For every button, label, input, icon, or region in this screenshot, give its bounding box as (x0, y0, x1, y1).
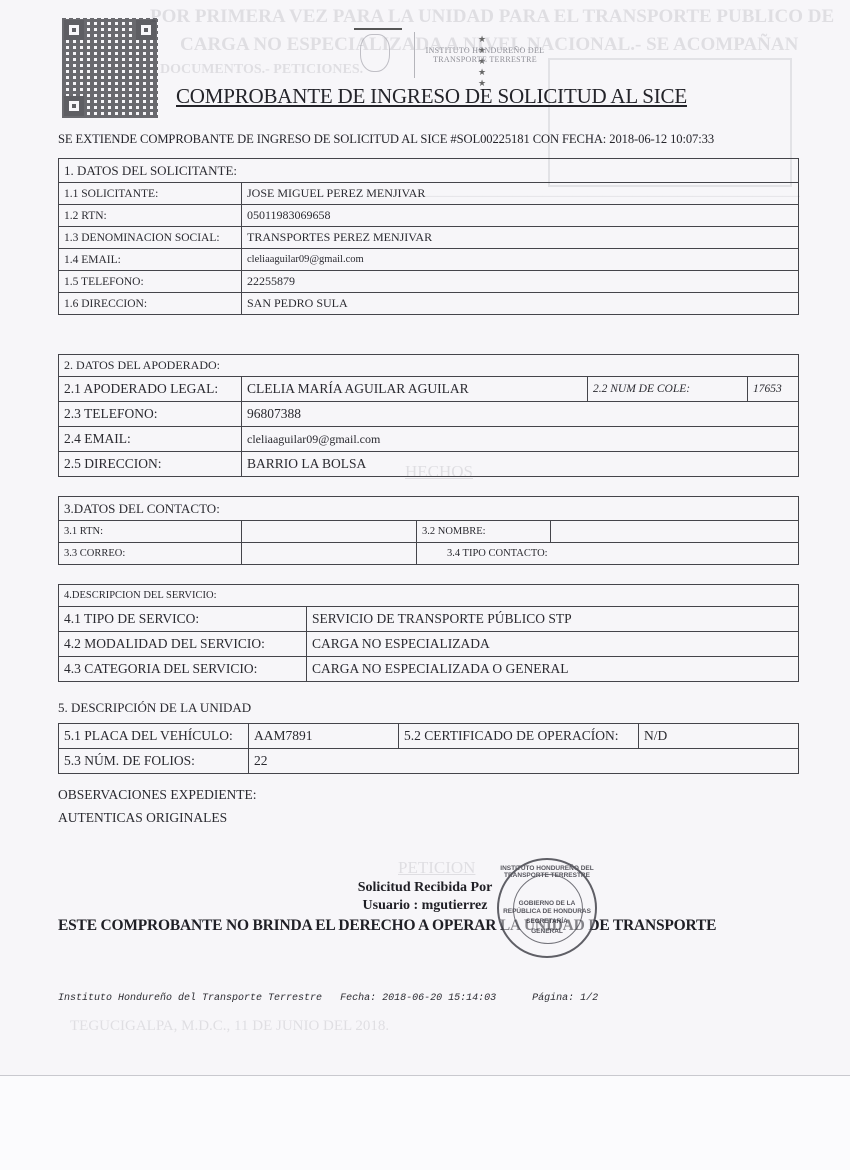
field-label: 2.1 APODERADO LEGAL: (59, 377, 242, 402)
table-row: 4.2 MODALIDAD DEL SERVICIO: CARGA NO ESP… (59, 632, 799, 657)
page-footer: Instituto Hondureño del Transporte Terre… (58, 993, 598, 1004)
field-label: 5.3 NÚM. DE FOLIOS: (59, 749, 249, 774)
field-label: 4.2 MODALIDAD DEL SERVICIO: (59, 632, 307, 657)
paper-edge (0, 1075, 850, 1170)
footer-institution: Instituto Hondureño del Transporte Terre… (58, 993, 322, 1004)
field-label: 2.5 DIRECCION: (59, 452, 242, 477)
field-value-certificado: N/D (639, 724, 799, 749)
official-seal-icon: INSTITUTO HONDUREÑO DEL TRANSPORTE TERRE… (497, 858, 597, 958)
footer-date: Fecha: 2018-06-20 15:14:03 (340, 993, 496, 1004)
table-row: 2.3 TELEFONO: 96807388 (59, 402, 799, 427)
document-title: COMPROBANTE DE INGRESO DE SOLICITUD AL S… (176, 84, 687, 109)
footer-page: Página: 1/2 (532, 993, 598, 1004)
section5-title: 5. DESCRIPCIÓN DE LA UNIDAD (58, 700, 251, 716)
logo-divider (414, 32, 415, 78)
field-value-direccion: BARRIO LA BOLSA (242, 452, 799, 477)
table-row: 1.4 EMAIL: cleliaaguilar09@gmail.com (59, 249, 799, 271)
bleed-through-line: TEGUCIGALPA, M.D.C., 11 DE JUNIO DEL 201… (70, 1018, 389, 1035)
field-label: 1.2 RTN: (59, 205, 242, 227)
section2-title: 2. DATOS DEL APODERADO: (59, 355, 799, 377)
seal-ring-text: INSTITUTO HONDUREÑO DEL TRANSPORTE TERRE… (499, 865, 595, 879)
logo-rule (354, 28, 402, 30)
field-label: 2.4 EMAIL: (59, 427, 242, 452)
table-row: 5.1 PLACA DEL VEHÍCULO: AAM7891 5.2 CERT… (59, 724, 799, 749)
table-row: 2.4 EMAIL: cleliaaguilar09@gmail.com (59, 427, 799, 452)
field-value-folios: 22 (249, 749, 399, 774)
section1-title: 1. DATOS DEL SOLICITANTE: (59, 159, 799, 183)
field-value-email: cleliaaguilar09@gmail.com (242, 427, 799, 452)
field-value-categoria: CARGA NO ESPECIALIZADA O GENERAL (307, 657, 799, 682)
field-value-nombre (551, 521, 799, 543)
institution-name-line1: INSTITUTO HONDUREÑO DEL (422, 46, 548, 55)
qr-finder-icon (64, 96, 84, 116)
table-row: 1.5 TELEFONO: 22255879 (59, 271, 799, 293)
field-value-denominacion: TRANSPORTES PEREZ MENJIVAR (242, 227, 799, 249)
field-label: 3.3 CORREO: (59, 543, 242, 565)
field-label: 5.2 CERTIFICADO DE OPERACÍON: (399, 724, 639, 749)
bleed-through-line: POR PRIMERA VEZ PARA LA UNIDAD PARA EL T… (150, 6, 834, 28)
seal-center-line: REPÚBLICA DE HONDURAS (499, 908, 595, 915)
institution-name: INSTITUTO HONDUREÑO DEL TRANSPORTE TERRE… (422, 46, 548, 64)
field-value-tipo-servicio: SERVICIO DE TRANSPORTE PÚBLICO STP (307, 607, 799, 632)
field-label: 2.3 TELEFONO: (59, 402, 242, 427)
seal-center-line: GENERAL (499, 928, 595, 935)
field-label: 3.1 RTN: (59, 521, 242, 543)
qr-code (62, 18, 158, 118)
section1-table: 1. DATOS DEL SOLICITANTE: 1.1 SOLICITANT… (58, 158, 799, 315)
table-row: 3.3 CORREO: 3.4 TIPO CONTACTO: (59, 543, 799, 565)
field-value-telefono: 22255879 (242, 271, 799, 293)
table-row: 2.1 APODERADO LEGAL: CLELIA MARÍA AGUILA… (59, 377, 799, 402)
field-value-rtn (242, 521, 417, 543)
field-label: 4.1 TIPO DE SERVICO: (59, 607, 307, 632)
field-label: 1.6 DIRECCION: (59, 293, 242, 315)
field-label: 1.1 SOLICITANTE: (59, 183, 242, 205)
seal-center-line: SECRETARÍA (499, 918, 595, 925)
qr-finder-icon (136, 20, 156, 40)
table-row: 1.6 DIRECCION: SAN PEDRO SULA (59, 293, 799, 315)
document-subtitle: SE EXTIENDE COMPROBANTE DE INGRESO DE SO… (58, 132, 714, 147)
section4-table: 4.DESCRIPCION DEL SERVICIO: 4.1 TIPO DE … (58, 584, 799, 682)
field-value-direccion: SAN PEDRO SULA (242, 293, 799, 315)
field-label: 4.3 CATEGORIA DEL SERVICIO: (59, 657, 307, 682)
section3-table: 3.DATOS DEL CONTACTO: 3.1 RTN: 3.2 NOMBR… (58, 496, 799, 565)
table-row: 4.1 TIPO DE SERVICO: SERVICIO DE TRANSPO… (59, 607, 799, 632)
section2-table: 2. DATOS DEL APODERADO: 2.1 APODERADO LE… (58, 354, 799, 477)
field-value-correo (242, 543, 417, 565)
table-row: 5.3 NÚM. DE FOLIOS: 22 (59, 749, 799, 774)
qr-finder-icon (64, 20, 84, 40)
seal-center-line: GOBIERNO DE LA (499, 900, 595, 907)
table-row: 1.3 DENOMINACION SOCIAL: TRANSPORTES PER… (59, 227, 799, 249)
table-row: 2.5 DIRECCION: BARRIO LA BOLSA (59, 452, 799, 477)
field-label-tipo-contacto: 3.4 TIPO CONTACTO: (417, 543, 799, 565)
field-label: 3.2 NOMBRE: (417, 521, 551, 543)
institution-name-line2: TRANSPORTE TERRESTRE (422, 55, 548, 64)
observations-title: OBSERVACIONES EXPEDIENTE: (58, 787, 257, 803)
field-label: 1.4 EMAIL: (59, 249, 242, 271)
field-value-solicitante: JOSE MIGUEL PEREZ MENJIVAR (242, 183, 799, 205)
coat-of-arms-icon (360, 34, 390, 72)
field-label: 1.5 TELEFONO: (59, 271, 242, 293)
section5-table: 5.1 PLACA DEL VEHÍCULO: AAM7891 5.2 CERT… (58, 723, 799, 774)
empty-cell (399, 749, 799, 774)
received-by-user: Usuario : mgutierrez (0, 898, 850, 914)
table-row: 1.1 SOLICITANTE: JOSE MIGUEL PEREZ MENJI… (59, 183, 799, 205)
field-label: 5.1 PLACA DEL VEHÍCULO: (59, 724, 249, 749)
disclaimer-text: ESTE COMPROBANTE NO BRINDA EL DERECHO A … (58, 917, 716, 935)
field-label: 2.2 NUM DE COLE: (588, 377, 748, 402)
table-row: 3.1 RTN: 3.2 NOMBRE: (59, 521, 799, 543)
field-label: 1.3 DENOMINACION SOCIAL: (59, 227, 242, 249)
received-by-label: Solicitud Recibida Por (0, 880, 850, 896)
observations-value: AUTENTICAS ORIGINALES (58, 810, 227, 826)
section3-title: 3.DATOS DEL CONTACTO: (59, 497, 799, 521)
bleed-through-heading: PETICION (398, 858, 475, 878)
section4-title: 4.DESCRIPCION DEL SERVICIO: (59, 585, 799, 607)
table-row: 4.3 CATEGORIA DEL SERVICIO: CARGA NO ESP… (59, 657, 799, 682)
bleed-through-line: DOCUMENTOS.- PETICIONES. (160, 62, 363, 78)
field-value-num-cole: 17653 (748, 377, 799, 402)
table-row: 1.2 RTN: 05011983069658 (59, 205, 799, 227)
field-value-modalidad: CARGA NO ESPECIALIZADA (307, 632, 799, 657)
field-value-email: cleliaaguilar09@gmail.com (242, 249, 799, 271)
field-value-placa: AAM7891 (249, 724, 399, 749)
field-value-telefono: 96807388 (242, 402, 799, 427)
field-value-rtn: 05011983069658 (242, 205, 799, 227)
field-value-apoderado: CLELIA MARÍA AGUILAR AGUILAR (242, 377, 588, 402)
